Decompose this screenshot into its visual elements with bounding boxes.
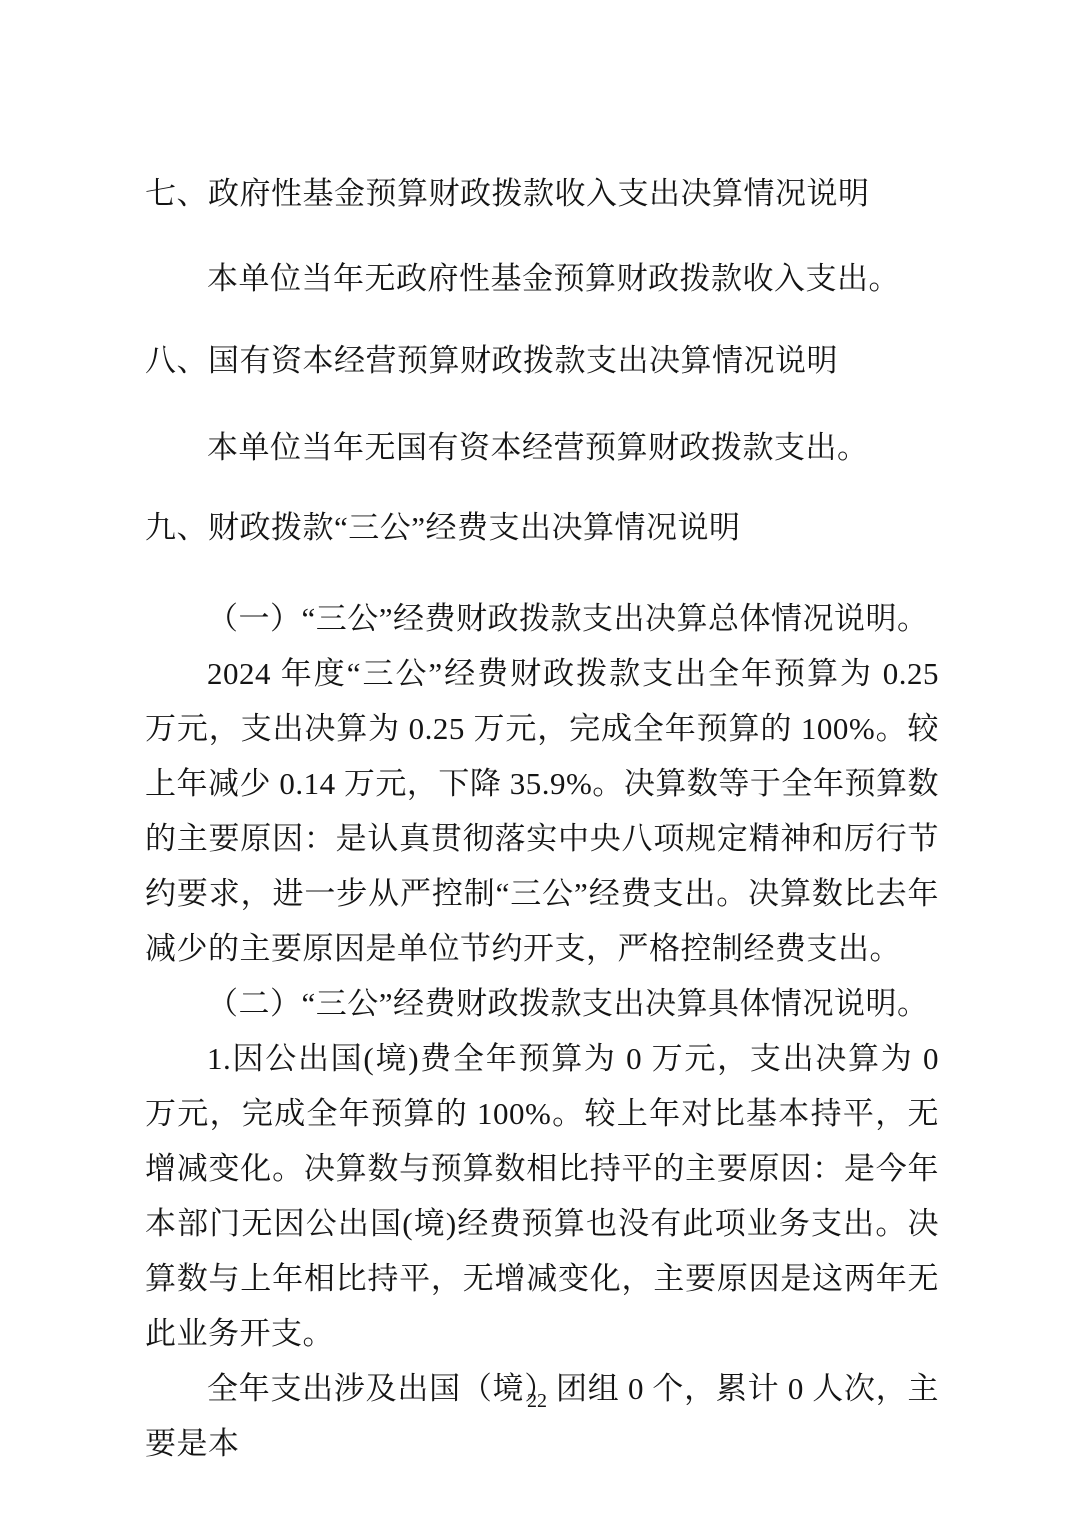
section-heading-govfund: 七、政府性基金预算财政拨款收入支出决算情况说明 xyxy=(145,166,939,221)
paragraph-abroad-expense: 1.因公出国(境)费全年预算为 0 万元，支出决算为 0 万元，完成全年预算的 … xyxy=(145,1031,939,1361)
paragraph-abroad-groups: 全年支出涉及出国（境）团组 0 个，累计 0 人次，主要是本 xyxy=(145,1361,939,1471)
page-number: 22 xyxy=(0,1390,1074,1412)
document-page: 七、政府性基金预算财政拨款收入支出决算情况说明 本单位当年无政府性基金预算财政拨… xyxy=(0,0,1074,1520)
paragraph-threepublic-overall: （一）“三公”经费财政拨款支出决算总体情况说明。 xyxy=(145,591,939,646)
paragraph-govfund-none: 本单位当年无政府性基金预算财政拨款收入支出。 xyxy=(145,251,939,306)
paragraph-threepublic-specific: （二）“三公”经费财政拨款支出决算具体情况说明。 xyxy=(145,976,939,1031)
section-heading-statecapital: 八、国有资本经营预算财政拨款支出决算情况说明 xyxy=(145,333,939,388)
section-heading-threepublic: 九、财政拨款“三公”经费支出决算情况说明 xyxy=(145,500,939,555)
paragraph-threepublic-budget-detail: 2024 年度“三公”经费财政拨款支出全年预算为 0.25 万元，支出决算为 0… xyxy=(145,646,939,976)
paragraph-statecapital-none: 本单位当年无国有资本经营预算财政拨款支出。 xyxy=(145,420,939,475)
